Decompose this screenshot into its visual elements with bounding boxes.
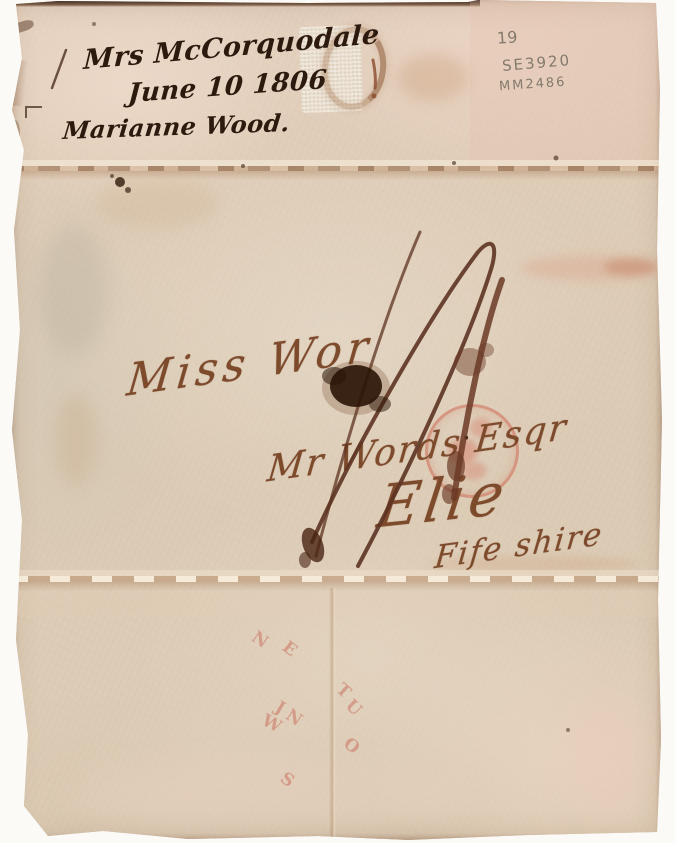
ink-smear (478, 343, 494, 357)
torn-corner-flap (7, 18, 35, 36)
stain (38, 225, 108, 355)
vertical-crease (329, 588, 336, 841)
stain (398, 55, 468, 101)
offset-stamp-letter: E (278, 637, 301, 661)
offset-stamp-letter: N (248, 627, 272, 652)
ink-speck (92, 22, 96, 26)
ink-smear (454, 348, 486, 376)
docket-sender: Marianne Wood. (62, 108, 292, 145)
offset-stamp-letter: N (282, 705, 306, 730)
offset-stamp-letter: O (339, 734, 363, 759)
fold-crease-bottom (8, 591, 664, 617)
ink-blot (299, 552, 311, 568)
pencil-note-number: 19 (496, 27, 518, 47)
address-line-town: Elie (373, 459, 512, 542)
fold-crease-bottom (8, 582, 664, 591)
stain (56, 395, 96, 485)
pen-slash (52, 50, 66, 88)
torn-edge-shadow (8, 120, 20, 150)
offset-stamp-letter: U (341, 696, 366, 721)
ink-blot (369, 396, 391, 412)
address-line-recipient: Miss Wor (124, 320, 375, 407)
stain (98, 178, 218, 228)
torn-edge-shadow (8, 59, 29, 106)
letter-paper: Mrs McCorquodale June 10 1806 Marianne W… (8, 0, 664, 841)
docket-date: June 10 1806 (127, 65, 328, 109)
fold-crease-top (8, 171, 664, 180)
scan-edge-shadow (8, 0, 480, 7)
stain (68, 760, 468, 830)
edge-nick (26, 107, 42, 118)
ink-blot (297, 525, 328, 566)
right-edge-shade (655, 0, 664, 841)
stain (563, 690, 648, 820)
stain (604, 258, 656, 276)
scanned-letter: Mrs McCorquodale June 10 1806 Marianne W… (0, 0, 675, 843)
bottom-edge-shade (8, 833, 664, 841)
